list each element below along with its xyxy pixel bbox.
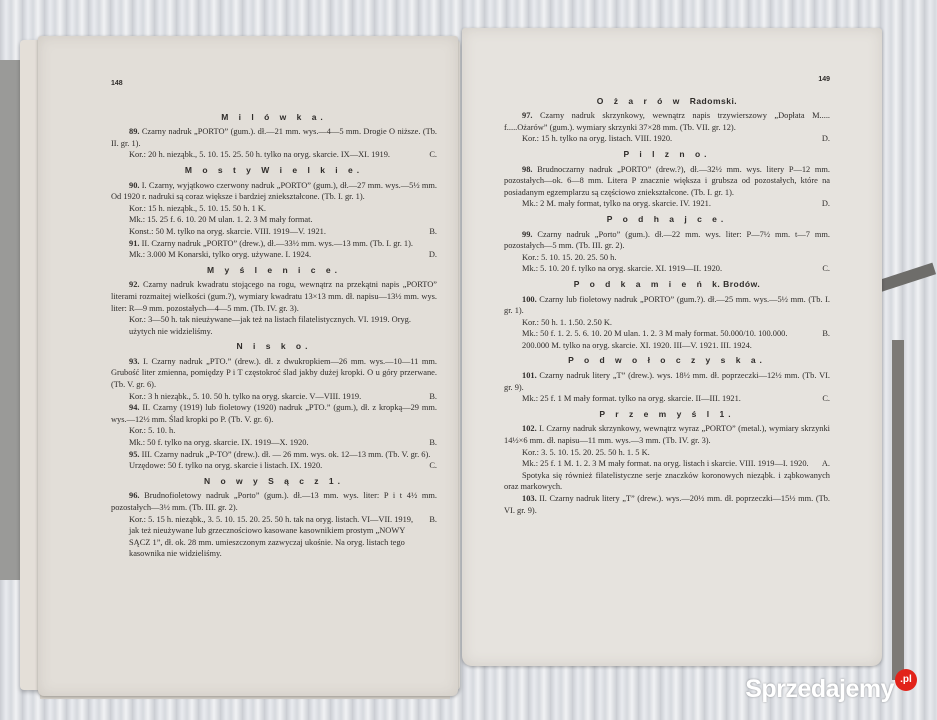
section-heading: N o w y S ą c z 1. bbox=[111, 476, 437, 488]
price-line: Kor.: 15 h. nieząbk., 5. 10. 15. 50 h. 1… bbox=[111, 203, 437, 215]
rarity-grade: C. bbox=[429, 149, 437, 161]
page-number: 148 bbox=[111, 78, 437, 90]
entry-number: 103. bbox=[522, 494, 537, 503]
rarity-grade: B. bbox=[429, 391, 437, 403]
watermark-text: Sprzedajemy bbox=[745, 675, 894, 703]
price-line-text: Kor.: 20 h. nieząbk., 5. 10. 15. 25. 50 … bbox=[129, 149, 390, 161]
price-line-text: Mk.: 5. 10. 20 f. tylko na oryg. skarcie… bbox=[522, 263, 722, 275]
right-page-text: 149 O ż a r ó w Radomski.97. Czarny nadr… bbox=[504, 74, 830, 516]
entry-number: 96. bbox=[129, 491, 139, 500]
price-line-text: Kor.: 3—50 h. tak nieużywane—jak też na … bbox=[129, 314, 437, 337]
entry-number: 98. bbox=[522, 165, 532, 174]
catalogue-entry: 90. I. Czarny, wyjątkowo czerwony nadruk… bbox=[111, 180, 437, 203]
entry-number: 95. bbox=[129, 450, 139, 459]
entry-number: 89. bbox=[129, 127, 139, 136]
left-page-text: 148 M i l ó w k a.89. Czarny nadruk „POR… bbox=[111, 78, 437, 560]
catalogue-entry: 98. Brudnoczarny nadruk „PORTO” (drew.?)… bbox=[504, 164, 830, 199]
section-heading: P o d h a j c e. bbox=[504, 214, 830, 226]
section-heading: M i l ó w k a. bbox=[111, 112, 437, 124]
heading-text: P i l z n o. bbox=[623, 149, 710, 159]
entry-number: 99. bbox=[522, 230, 532, 239]
price-line: Mk.: 3.000 M Konarski, tylko oryg. używa… bbox=[111, 249, 437, 261]
price-line-text: Urzędowe: 50 f. tylko na oryg. skarcie i… bbox=[129, 460, 322, 472]
entry-number: 101. bbox=[522, 371, 537, 380]
rarity-grade: C. bbox=[822, 393, 830, 405]
price-line-text: Mk.: 2 M. mały format, tylko na oryg. sk… bbox=[522, 198, 711, 210]
catalogue-entry: 93. I. Czarny nadruk „PTO.” (drew.). dł.… bbox=[111, 356, 437, 391]
price-line-text: Mk.: 50 f. tylko na oryg. skarcie. IX. 1… bbox=[129, 437, 309, 449]
price-line: Kor.: 3. 5. 10. 15. 20. 25. 50 h. 1. 5 K… bbox=[504, 447, 830, 459]
price-line: Mk.: 15. 25 f. 6. 10. 20 M ulan. 1. 2. 3… bbox=[111, 214, 437, 226]
rarity-grade: B. bbox=[429, 437, 437, 449]
price-line-text: Mk.: 3.000 M Konarski, tylko oryg. używa… bbox=[129, 249, 311, 261]
price-line: Mk.: 5. 10. 20 f. tylko na oryg. skarcie… bbox=[504, 263, 830, 275]
catalogue-entry: 102. I. Czarny nadruk skrzynkowy, wewnąt… bbox=[504, 423, 830, 446]
catalogue-entry: 96. Brudnofioletowy nadruk „Porto” (gum.… bbox=[111, 490, 437, 513]
price-line: Kor.: 3 h nieząbk., 5. 10. 50 h. tylko n… bbox=[111, 391, 437, 403]
rarity-grade: C. bbox=[429, 460, 437, 472]
price-line-text: Kor.: 5. 10. 15. 20. 25. 50 h. bbox=[522, 252, 616, 264]
entry-text: I. Czarny, wyjątkowo czerwony nadruk „PO… bbox=[111, 181, 437, 202]
entry-text: II. Czarny (1919) lub fioletowy (1920) n… bbox=[111, 403, 437, 424]
heading-text: P o d k a m i e ń bbox=[574, 279, 706, 289]
price-line: Kor.: 5. 10. h. bbox=[111, 425, 437, 437]
price-line: Urzędowe: 50 f. tylko na oryg. skarcie i… bbox=[111, 460, 437, 472]
left-sections: M i l ó w k a.89. Czarny nadruk „PORTO” … bbox=[111, 112, 437, 560]
rarity-grade: B. bbox=[822, 328, 830, 351]
section-heading: O ż a r ó w Radomski. bbox=[504, 96, 830, 108]
catalogue-entry: 91. II. Czarny nadruk „PORTO” (drew.), d… bbox=[111, 238, 437, 250]
entry-text: Czarny nadruk skrzynkowy, wewnątrz napis… bbox=[504, 111, 830, 132]
catalogue-entry: 97. Czarny nadruk skrzynkowy, wewnątrz n… bbox=[504, 110, 830, 133]
entry-text: Brudnofioletowy nadruk „Porto” (gum.). d… bbox=[111, 491, 437, 512]
price-line-text: Mk.: 50 f. 1. 2. 5. 6. 10. 20 M ulan. 1.… bbox=[522, 328, 814, 351]
rarity-grade: B. bbox=[429, 514, 437, 560]
heading-text: P o d h a j c e. bbox=[607, 214, 728, 224]
price-line-text: Mk.: 15. 25 f. 6. 10. 20 M ulan. 1. 2. 3… bbox=[129, 214, 313, 226]
price-line: Mk.: 25 f. 1 M mały format. tylko na ory… bbox=[504, 393, 830, 405]
entry-number: 100. bbox=[522, 295, 537, 304]
section-heading: P o d k a m i e ń k. Brodów. bbox=[504, 279, 830, 291]
section-heading: P i l z n o. bbox=[504, 149, 830, 161]
section-heading: N i s k o. bbox=[111, 341, 437, 353]
heading-text: N o w y S ą c z 1. bbox=[204, 476, 344, 486]
price-line-text: Kor.: 5. 15 h. nieząbk., 3. 5. 10. 15. 2… bbox=[129, 514, 421, 560]
price-line-text: Kor.: 15 h. nieząbk., 5. 10. 15. 50 h. 1… bbox=[129, 203, 266, 215]
catalogue-entry: 100. Czarny lub fioletowy nadruk „PORTO”… bbox=[504, 294, 830, 317]
entry-text: II. Czarny nadruk „PORTO” (drew.), dł.—3… bbox=[142, 239, 413, 248]
watermark-logo: Sprzedajemy.pl bbox=[745, 675, 917, 704]
page-number: 149 bbox=[504, 74, 830, 86]
catalogue-entry: 89. Czarny nadruk „PORTO” (gum.). dł.—21… bbox=[111, 126, 437, 149]
price-line-text: Kor.: 3. 5. 10. 15. 20. 25. 50 h. 1. 5 K… bbox=[522, 447, 650, 459]
entry-number: 97. bbox=[522, 111, 532, 120]
price-line: Kor.: 3—50 h. tak nieużywane—jak też na … bbox=[111, 314, 437, 337]
price-line-text: Kor.: 3 h nieząbk., 5. 10. 50 h. tylko n… bbox=[129, 391, 361, 403]
section-heading: P r z e m y ś l 1. bbox=[504, 409, 830, 421]
price-line: Kor.: 5. 15 h. nieząbk., 3. 5. 10. 15. 2… bbox=[111, 514, 437, 560]
heading-text: P o d w o ł o c z y s k a. bbox=[568, 355, 766, 365]
heading-text: O ż a r ó w bbox=[597, 96, 684, 106]
entry-text: Czarny nadruk „Porto” (gum.). dł.—22 mm.… bbox=[504, 230, 830, 251]
entry-text: II. Czarny nadruk litery „T” (drew.). wy… bbox=[504, 494, 830, 515]
rarity-grade: D. bbox=[822, 133, 830, 145]
heading-subtext: Radomski. bbox=[690, 96, 738, 106]
heading-text: M i l ó w k a. bbox=[221, 112, 327, 122]
entry-text: Brudnoczarny nadruk „PORTO” (drew.?), dł… bbox=[504, 165, 830, 197]
price-line-text: Kor.: 15 h. tylko na oryg. listach. VIII… bbox=[522, 133, 672, 145]
watermark-badge: .pl bbox=[895, 669, 917, 691]
price-line: Mk.: 50 f. 1. 2. 5. 6. 10. 20 M ulan. 1.… bbox=[504, 328, 830, 351]
heading-text: M y ś l e n i c e. bbox=[207, 265, 341, 275]
catalogue-entry: 101. Czarny nadruk litery „T” (drew.). w… bbox=[504, 370, 830, 393]
catalogue-entry: 103. II. Czarny nadruk litery „T” (drew.… bbox=[504, 493, 830, 516]
entry-number: 102. bbox=[522, 424, 537, 433]
price-line-text: Kor.: 50 h. 1. 1.50. 2.50 K. bbox=[522, 317, 612, 329]
price-line: Konst.: 50 M. tylko na oryg. skarcie. VI… bbox=[111, 226, 437, 238]
catalogue-entry: Spotyka się również filatelistyczne serj… bbox=[504, 470, 830, 493]
entry-text: Czarny lub fioletowy nadruk „PORTO” (gum… bbox=[504, 295, 830, 316]
price-line: Kor.: 15 h. tylko na oryg. listach. VIII… bbox=[504, 133, 830, 145]
price-line-text: Mk.: 25 f. 1 M. 1. 2. 3 M mały format. n… bbox=[522, 458, 809, 470]
ribbon-strap-lower bbox=[892, 340, 904, 680]
rarity-grade: A. bbox=[822, 458, 830, 470]
rarity-grade: C. bbox=[822, 263, 830, 275]
section-heading: M o s t y W i e l k i e. bbox=[111, 165, 437, 177]
entry-text: Spotyka się również filatelistyczne serj… bbox=[504, 471, 830, 492]
rarity-grade: B. bbox=[429, 226, 437, 238]
entry-text: Czarny nadruk „PORTO” (gum.). dł.—21 mm.… bbox=[111, 127, 437, 148]
catalogue-entry: 95. III. Czarny nadruk „P-TO” (drew.). d… bbox=[111, 449, 437, 461]
entry-text: Czarny nadruk litery „T” (drew.). wys. 1… bbox=[504, 371, 830, 392]
rarity-grade: D. bbox=[429, 249, 437, 261]
catalogue-entry: 92. Czarny nadruk kwadratu stojącego na … bbox=[111, 279, 437, 314]
catalogue-entry: 94. II. Czarny (1919) lub fioletowy (192… bbox=[111, 402, 437, 425]
heading-text: M o s t y W i e l k i e. bbox=[185, 165, 363, 175]
entry-number: 94. bbox=[129, 403, 139, 412]
price-line-text: Kor.: 5. 10. h. bbox=[129, 425, 175, 437]
entry-text: I. Czarny nadruk skrzynkowy, wewnątrz wy… bbox=[504, 424, 830, 445]
price-line: Mk.: 25 f. 1 M. 1. 2. 3 M mały format. n… bbox=[504, 458, 830, 470]
left-page: 148 M i l ó w k a.89. Czarny nadruk „POR… bbox=[38, 36, 458, 696]
price-line-text: Mk.: 25 f. 1 M mały format. tylko na ory… bbox=[522, 393, 741, 405]
right-page: 149 O ż a r ó w Radomski.97. Czarny nadr… bbox=[462, 28, 882, 666]
right-sections: O ż a r ó w Radomski.97. Czarny nadruk s… bbox=[504, 96, 830, 517]
entry-text: III. Czarny nadruk „P-TO” (drew.). dł. —… bbox=[142, 450, 431, 459]
entry-number: 90. bbox=[129, 181, 139, 190]
price-line: Kor.: 20 h. nieząbk., 5. 10. 15. 25. 50 … bbox=[111, 149, 437, 161]
entry-text: Czarny nadruk kwadratu stojącego na rogu… bbox=[111, 280, 437, 312]
heading-text: P r z e m y ś l 1. bbox=[599, 409, 734, 419]
price-line: Mk.: 2 M. mały format, tylko na oryg. sk… bbox=[504, 198, 830, 210]
heading-text: N i s k o. bbox=[237, 341, 312, 351]
section-heading: M y ś l e n i c e. bbox=[111, 265, 437, 277]
price-line: Mk.: 50 f. tylko na oryg. skarcie. IX. 1… bbox=[111, 437, 437, 449]
entry-number: 93. bbox=[129, 357, 139, 366]
section-heading: P o d w o ł o c z y s k a. bbox=[504, 355, 830, 367]
price-line: Kor.: 5. 10. 15. 20. 25. 50 h. bbox=[504, 252, 830, 264]
ribbon-strap bbox=[878, 263, 936, 292]
catalogue-entry: 99. Czarny nadruk „Porto” (gum.). dł.—22… bbox=[504, 229, 830, 252]
heading-subtext: k. Brodów. bbox=[712, 279, 760, 289]
entry-number: 91. bbox=[129, 239, 139, 248]
entry-number: 92. bbox=[129, 280, 139, 289]
rarity-grade: D. bbox=[822, 198, 830, 210]
price-line: Kor.: 50 h. 1. 1.50. 2.50 K. bbox=[504, 317, 830, 329]
price-line-text: Konst.: 50 M. tylko na oryg. skarcie. VI… bbox=[129, 226, 326, 238]
entry-text: I. Czarny nadruk „PTO.” (drew.). dł. z d… bbox=[111, 357, 437, 389]
